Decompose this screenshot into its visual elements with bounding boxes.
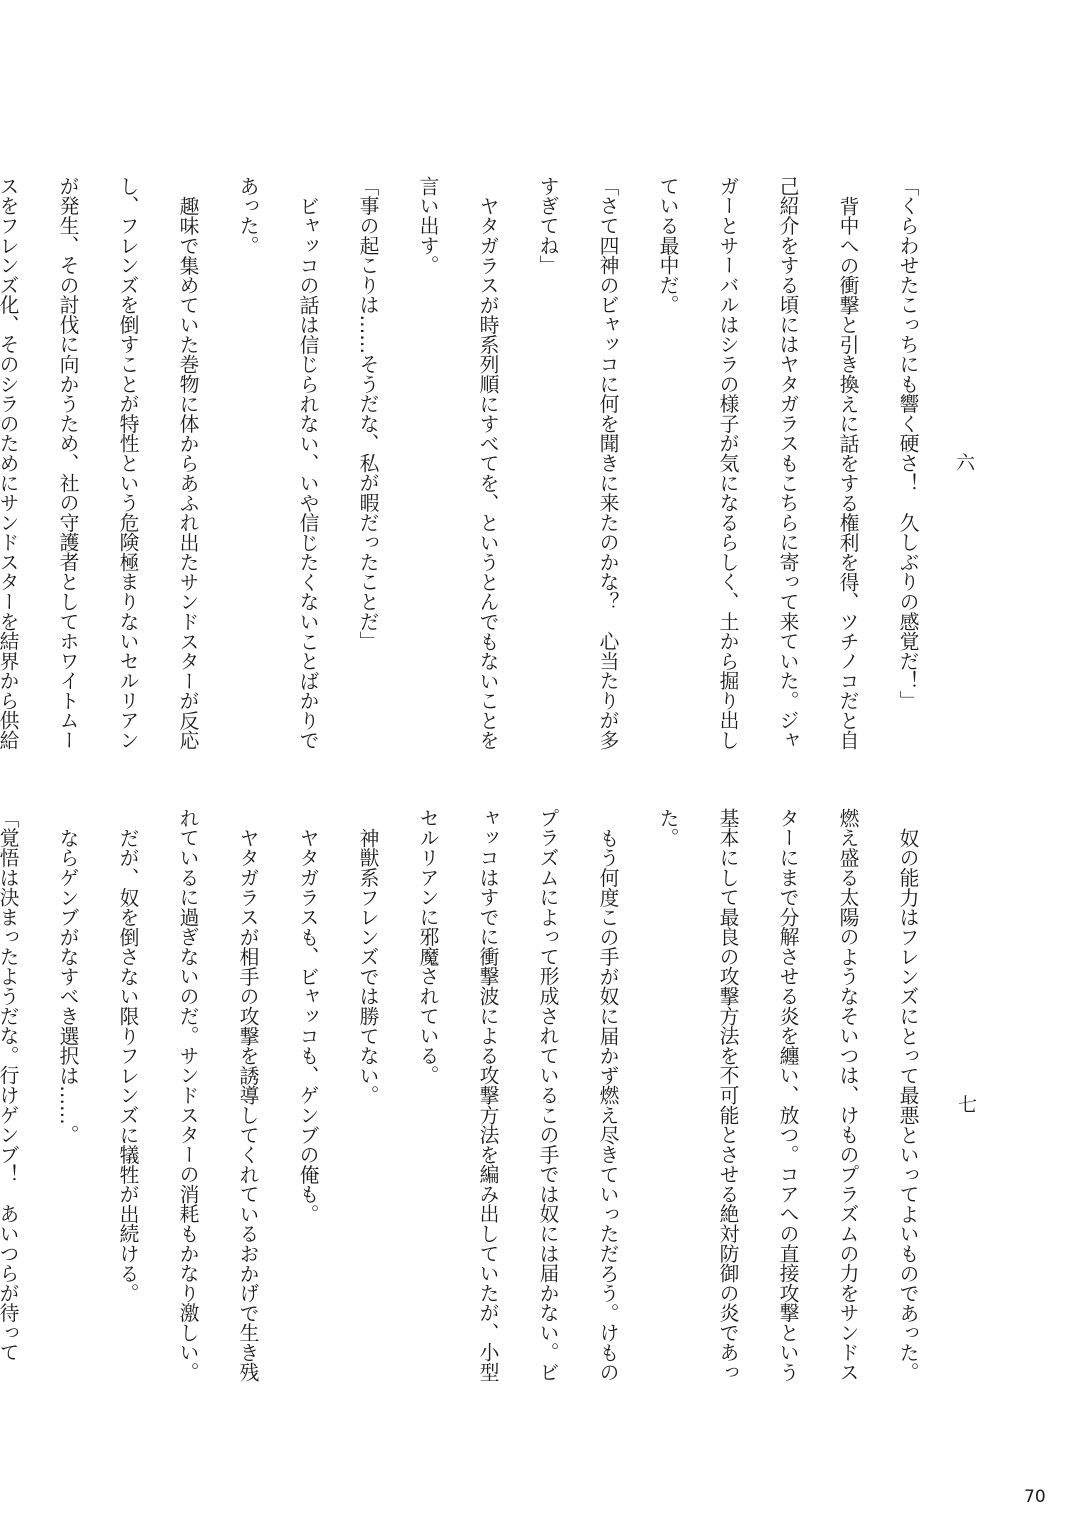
paragraph: 背中への衝撃と引き換えに話をする権利を得、ツチノコだと自己紹介をする頃にはヤタガ… — [637, 176, 877, 756]
novel-page: 六 「くらわせたこっちにも響く硬さ！ 久しぶりの感覚だ！」 背中への衝撃と引き換… — [0, 0, 1075, 1519]
paragraph: ならゲンブがなすべき選択は……。 — [37, 808, 97, 1388]
section-6-text: 「くらわせたこっちにも響く硬さ！ 久しぶりの感覚だ！」 背中への衝撃と引き換えに… — [97, 176, 937, 756]
paragraph: 「くらわせたこっちにも響く硬さ！ 久しぶりの感覚だ！」 — [877, 176, 937, 756]
paragraph: 「事の起こりは……そうだな、私が暇だったことだ」 — [337, 176, 397, 756]
paragraph: もう何度この手が奴に届かず燃え尽きていっただろう。けものプラズムによって形成され… — [397, 808, 637, 1388]
section-number-6: 六 — [956, 448, 975, 475]
paragraph: ビャッコの話は信じられない、いや信じたくないことばかりであった。 — [217, 176, 337, 756]
section-7-text: 奴の能力はフレンズにとって最悪といってよいものであった。燃え盛る太陽のようなそい… — [97, 808, 937, 1388]
section-number-7: 七 — [958, 1090, 977, 1117]
paragraph: 奴の能力はフレンズにとって最悪といってよいものであった。燃え盛る太陽のようなそい… — [637, 808, 937, 1388]
page-number: 70 — [1024, 1487, 1046, 1507]
paragraph: ヤタガラスも、ビャッコも、ゲンブの俺も。 — [277, 808, 337, 1388]
paragraph: 「さて四神のビャッコに何を聞きに来たのかな？ 心当たりが多すぎてね」 — [517, 176, 637, 756]
paragraph: 趣味で集めていた巻物に体からあふれ出たサンドスターが反応し、フレンズを倒すことが… — [0, 176, 217, 756]
paragraph: ヤタガラスが時系列順にすべてを、というとんでもないことを言い出す。 — [397, 176, 517, 756]
paragraph: 神獣系フレンズでは勝てない。 — [337, 808, 397, 1388]
paragraph: だが、奴を倒さない限りフレンズに犠牲が出続ける。 — [97, 808, 157, 1388]
paragraph: 「覚悟は決まったようだな。行けゲンブ！ あいつらが待ってる！」 — [0, 808, 37, 1388]
paragraph: ヤタガラスが相手の攻撃を誘導してくれているおかげで生き残れているに過ぎないのだ。… — [157, 808, 277, 1388]
